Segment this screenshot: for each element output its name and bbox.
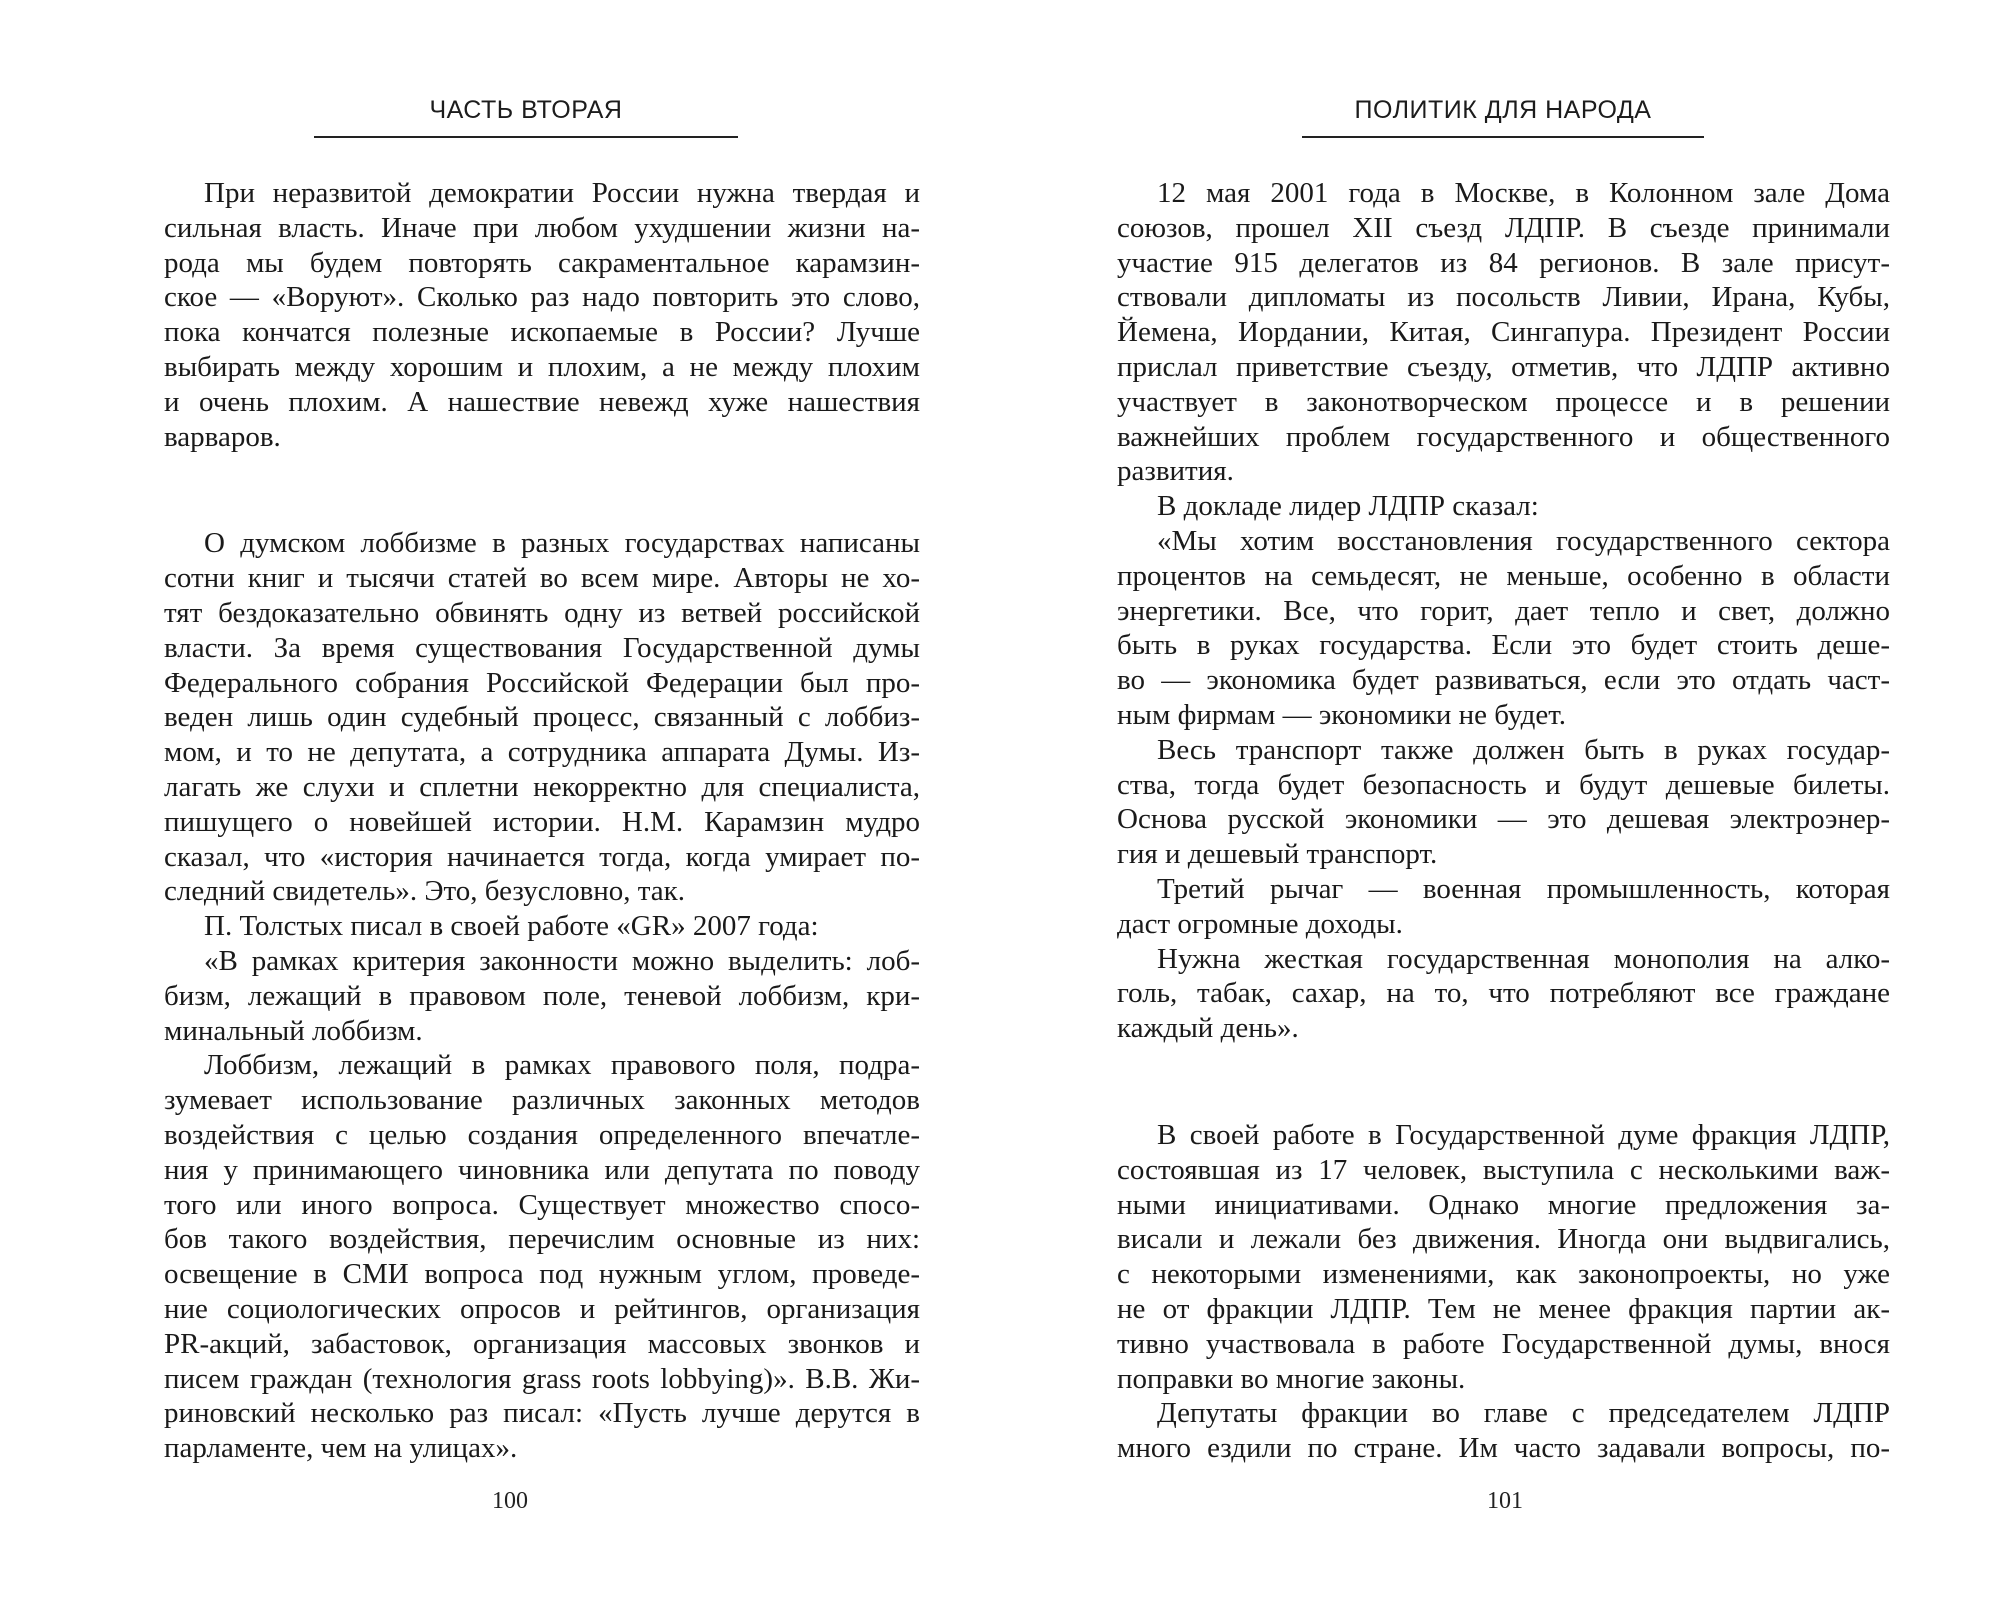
text-line: бизм, лежащий в правовом поле, теневой л… [164, 979, 920, 1014]
text-line: освещение в СМИ вопроса под нужным углом… [164, 1257, 920, 1292]
text-line: пишущего о новейшей истории. Н.М. Карамз… [164, 805, 920, 840]
text-line: бов такого воздействия, перечислим основ… [164, 1222, 920, 1257]
text-line: ными инициативами. Однако многие предлож… [1117, 1188, 1890, 1223]
text-line: с некоторыми изменениями, как законопрое… [1117, 1257, 1890, 1292]
text-line: висали и лежали без движения. Иногда они… [1117, 1222, 1890, 1257]
text-line: Йемена, Иордании, Китая, Сингапура. През… [1117, 315, 1890, 350]
text-line: Лоббизм, лежащий в рамках правового поля… [164, 1048, 920, 1083]
text-line: воздействия с целью создания определенно… [164, 1118, 920, 1153]
text-line: В докладе лидер ЛДПР сказал: [1117, 489, 1890, 524]
text-line: зумевает использование различных законны… [164, 1083, 920, 1118]
text-line: гия и дешевый транспорт. [1117, 837, 1890, 872]
text-line: во — экономика будет развиваться, если э… [1117, 663, 1890, 698]
text-line: писем граждан (технология grass roots lo… [164, 1362, 920, 1397]
text-line: и очень плохим. А нашествие невежд хуже … [164, 385, 920, 420]
text-line: рода мы будем повторять сакраментальное … [164, 246, 920, 281]
text-line: пока кончатся полезные ископаемые в Росс… [164, 315, 920, 350]
text-line: участие 915 делегатов из 84 регионов. В … [1117, 246, 1890, 281]
text-line: даст огромные доходы. [1117, 907, 1890, 942]
text-line: того или иного вопроса. Существует множе… [164, 1188, 920, 1223]
text-line: развития. [1117, 454, 1890, 489]
text-line: риновский несколько раз писал: «Пусть лу… [164, 1396, 920, 1431]
text-line: каждый день». [1117, 1011, 1890, 1046]
text-line: При неразвитой демократии России нужна т… [164, 176, 920, 211]
text-line: ние социологических опросов и рейтингов,… [164, 1292, 920, 1327]
text-line: Нужна жесткая государственная монополия … [1117, 942, 1890, 977]
text-line: энергетики. Все, что горит, дает тепло и… [1117, 594, 1890, 629]
text-line: тят бездоказательно обвинять одну из вет… [164, 596, 920, 631]
text-line: прислал приветствие съезду, отметив, что… [1117, 350, 1890, 385]
text-line: ния у принимающего чиновника или депутат… [164, 1153, 920, 1188]
text-line: сказал, что «история начинается тогда, к… [164, 840, 920, 875]
section-break [1117, 1046, 1890, 1118]
running-head: ПОЛИТИК ДЛЯ НАРОДА [1302, 96, 1704, 125]
page-body: 12 мая 2001 года в Москве, в Колонном за… [1117, 176, 1890, 1466]
text-line: «Мы хотим восстановления государственног… [1117, 524, 1890, 559]
text-line: сильная власть. Иначе при любом ухудшени… [164, 211, 920, 246]
text-line: ства, тогда будет безопасность и будут д… [1117, 768, 1890, 803]
text-line: минальный лоббизм. [164, 1014, 920, 1049]
running-head: ЧАСТЬ ВТОРАЯ [314, 96, 738, 125]
text-line: голь, табак, сахар, на то, что потребляю… [1117, 976, 1890, 1011]
text-line: ным фирмам — экономики не будет. [1117, 698, 1890, 733]
text-line: В своей работе в Государственной думе фр… [1117, 1118, 1890, 1153]
left-page: ЧАСТЬ ВТОРАЯ При неразвитой демократии Р… [0, 0, 1000, 1611]
right-page: ПОЛИТИК ДЛЯ НАРОДА 12 мая 2001 года в Мо… [1000, 0, 2000, 1611]
text-line: мом, и то не депутата, а сотрудника аппа… [164, 735, 920, 770]
text-line: парламенте, чем на улицах». [164, 1431, 920, 1466]
text-line: власти. За время существования Государст… [164, 631, 920, 666]
text-line: О думском лоббизме в разных государствах… [164, 526, 920, 561]
text-line: следний свидетель». Это, безусловно, так… [164, 874, 920, 909]
text-line: состоявшая из 17 человек, выступила с не… [1117, 1153, 1890, 1188]
text-line: союзов, прошел XII съезд ЛДПР. В съезде … [1117, 211, 1890, 246]
text-line: участвует в законотворческом процессе и … [1117, 385, 1890, 420]
text-line: сотни книг и тысячи статей во всем мире.… [164, 561, 920, 596]
header-rule [314, 136, 738, 138]
text-line: быть в руках государства. Если это будет… [1117, 628, 1890, 663]
text-line: процентов на семьдесят, не меньше, особе… [1117, 559, 1890, 594]
text-line: «В рамках критерия законности можно выде… [164, 944, 920, 979]
header-rule [1302, 136, 1704, 138]
text-line: много ездили по стране. Им часто задавал… [1117, 1431, 1890, 1466]
text-line: Весь транспорт также должен быть в руках… [1117, 733, 1890, 768]
text-line: Федерального собрания Российской Федерац… [164, 666, 920, 701]
text-line: Третий рычаг — военная промышленность, к… [1117, 872, 1890, 907]
text-line: варваров. [164, 420, 920, 455]
text-line: Депутаты фракции во главе с председателе… [1117, 1396, 1890, 1431]
text-line: PR-акций, забастовок, организация массов… [164, 1327, 920, 1362]
page-body: При неразвитой демократии России нужна т… [164, 176, 920, 1466]
text-line: поправки во многие законы. [1117, 1362, 1890, 1397]
page-number: 101 [1455, 1488, 1555, 1515]
text-line: ское — «Воруют». Сколько раз надо повтор… [164, 280, 920, 315]
text-line: ствовали дипломаты из посольств Ливии, И… [1117, 280, 1890, 315]
text-line: не от фракции ЛДПР. Тем не менее фракция… [1117, 1292, 1890, 1327]
text-line: выбирать между хорошим и плохим, а не ме… [164, 350, 920, 385]
text-line: лагать же слухи и сплетни некорректно дл… [164, 770, 920, 805]
text-line: веден лишь один судебный процесс, связан… [164, 700, 920, 735]
text-line: Основа русской экономики — это дешевая э… [1117, 802, 1890, 837]
text-line: важнейших проблем государственного и общ… [1117, 420, 1890, 455]
text-line: 12 мая 2001 года в Москве, в Колонном за… [1117, 176, 1890, 211]
text-line: тивно участвовала в работе Государственн… [1117, 1327, 1890, 1362]
text-line: П. Толстых писал в своей работе «GR» 200… [164, 909, 920, 944]
page-number: 100 [460, 1488, 560, 1515]
section-break [164, 454, 920, 526]
